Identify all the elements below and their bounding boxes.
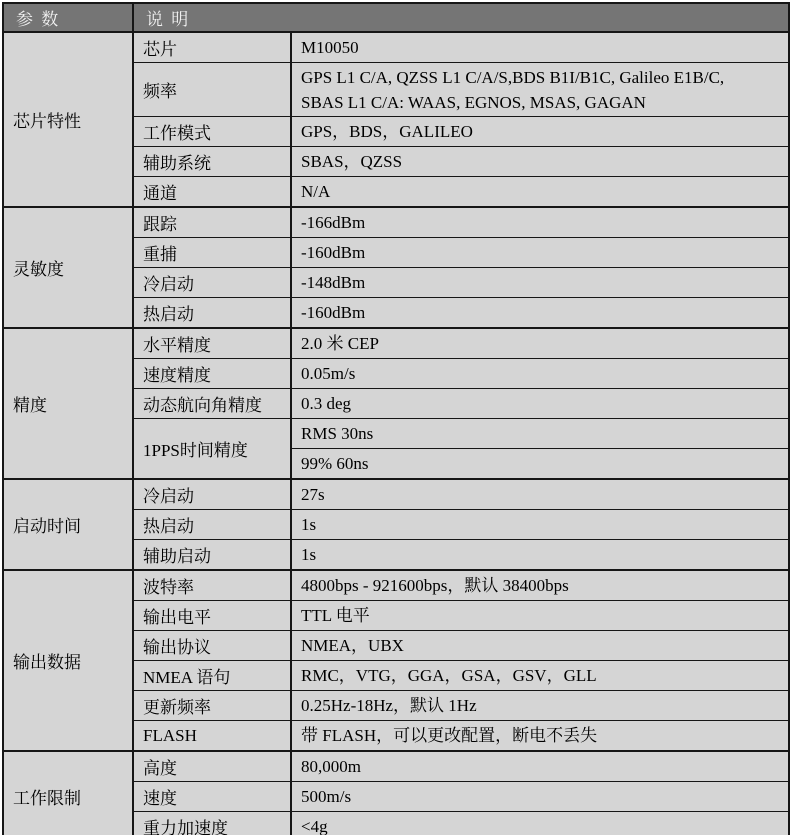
param-value: <4g [291, 812, 789, 835]
param-value: TTL 电平 [291, 601, 789, 631]
param-value: RMS 30ns [291, 419, 789, 449]
param-label: 高度 [133, 751, 291, 782]
param-label: 通道 [133, 177, 291, 208]
param-value: 4800bps - 921600bps，默认 38400bps [291, 570, 789, 601]
param-label: 水平精度 [133, 328, 291, 359]
group-cell-startup-time: 启动时间 [3, 479, 133, 570]
param-value: N/A [291, 177, 789, 208]
param-value: GPS L1 C/A, QZSS L1 C/A/S,BDS B1I/B1C, G… [291, 63, 789, 117]
group-cell-output-data: 输出数据 [3, 570, 133, 751]
param-value: 27s [291, 479, 789, 510]
header-param: 参 数 [3, 3, 133, 32]
param-value: 0.3 deg [291, 389, 789, 419]
table-header-row: 参 数 说 明 [3, 3, 789, 32]
param-value: SBAS，QZSS [291, 147, 789, 177]
param-value: 带 FLASH，可以更改配置，断电不丢失 [291, 721, 789, 752]
param-value: 1s [291, 510, 789, 540]
table-row: 芯片特性 芯片 M10050 [3, 32, 789, 63]
param-label: 重捕 [133, 238, 291, 268]
param-label: 速度 [133, 782, 291, 812]
param-label: 工作模式 [133, 117, 291, 147]
param-value: 2.0 米 CEP [291, 328, 789, 359]
param-label: NMEA 语句 [133, 661, 291, 691]
group-cell-operating-limits: 工作限制 [3, 751, 133, 835]
param-label: 热启动 [133, 510, 291, 540]
param-label: 冷启动 [133, 268, 291, 298]
param-value: 0.25Hz-18Hz，默认 1Hz [291, 691, 789, 721]
param-label: 热启动 [133, 298, 291, 329]
param-label: 冷启动 [133, 479, 291, 510]
param-value: NMEA，UBX [291, 631, 789, 661]
param-value: -148dBm [291, 268, 789, 298]
group-cell-accuracy: 精度 [3, 328, 133, 479]
param-value: 1s [291, 540, 789, 571]
param-label: 1PPS时间精度 [133, 419, 291, 480]
param-label: 辅助系统 [133, 147, 291, 177]
param-label: 频率 [133, 63, 291, 117]
param-label: FLASH [133, 721, 291, 752]
param-label: 辅助启动 [133, 540, 291, 571]
param-value: 500m/s [291, 782, 789, 812]
param-label: 输出电平 [133, 601, 291, 631]
table-row: 启动时间 冷启动 27s [3, 479, 789, 510]
param-label: 速度精度 [133, 359, 291, 389]
group-cell-chip-features: 芯片特性 [3, 32, 133, 207]
spec-table: 参 数 说 明 芯片特性 芯片 M10050 频率 GPS L1 C/A, QZ… [2, 2, 790, 835]
param-label: 波特率 [133, 570, 291, 601]
table-row: 输出数据 波特率 4800bps - 921600bps，默认 38400bps [3, 570, 789, 601]
param-label: 输出协议 [133, 631, 291, 661]
param-value: GPS，BDS，GALILEO [291, 117, 789, 147]
param-value: -160dBm [291, 238, 789, 268]
param-value: 99% 60ns [291, 449, 789, 480]
table-row: 灵敏度 跟踪 -166dBm [3, 207, 789, 238]
param-value: -160dBm [291, 298, 789, 329]
table-row: 精度 水平精度 2.0 米 CEP [3, 328, 789, 359]
param-label: 动态航向角精度 [133, 389, 291, 419]
param-value: 80,000m [291, 751, 789, 782]
group-cell-sensitivity: 灵敏度 [3, 207, 133, 328]
table-row: 工作限制 高度 80,000m [3, 751, 789, 782]
param-value: -166dBm [291, 207, 789, 238]
param-label: 跟踪 [133, 207, 291, 238]
param-label: 芯片 [133, 32, 291, 63]
header-desc: 说 明 [133, 3, 789, 32]
param-value: RMC，VTG，GGA，GSA，GSV，GLL [291, 661, 789, 691]
param-value: 0.05m/s [291, 359, 789, 389]
param-label: 更新频率 [133, 691, 291, 721]
param-value: M10050 [291, 32, 789, 63]
spec-sheet-page: 参 数 说 明 芯片特性 芯片 M10050 频率 GPS L1 C/A, QZ… [0, 0, 790, 835]
param-label: 重力加速度 [133, 812, 291, 835]
